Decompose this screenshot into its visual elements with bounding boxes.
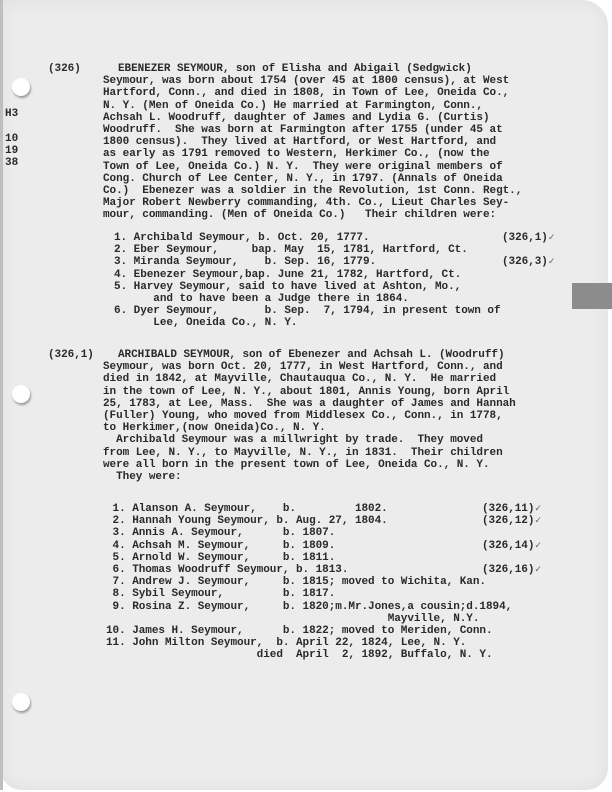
text-line: to Herkimer,(now Oneida)Co., N. Y. xyxy=(103,422,326,434)
check-mark-icon: ✓ xyxy=(548,233,556,243)
text-line: mour, commanding. (Men of Oneida Co.) Th… xyxy=(103,209,496,221)
child-entry: 10. James H. Seymour, b. 1822; moved to … xyxy=(106,625,493,637)
margin-note: 38 xyxy=(5,157,18,169)
text-line: from Lee, N. Y., to Mayville, N. Y., in … xyxy=(103,447,503,459)
text-line: ARCHIBALD SEYMOUR, son of Ebenezer and A… xyxy=(118,349,505,361)
cross-reference: (326,16)✓ xyxy=(482,564,542,576)
text-line: Major Robert Newberry commanding, 4th. C… xyxy=(103,197,509,209)
child-entry: 5. Harvey Seymour, said to have lived at… xyxy=(114,281,461,293)
child-entry: 1. Alanson A. Seymour, b. 1802. xyxy=(106,503,388,515)
text-line: Seymour, was born Oct. 20, 1777, in West… xyxy=(103,361,503,373)
text-line: They were: xyxy=(103,471,182,483)
child-entry: 9. Rosina Z. Seymour, b. 1820;m.Mr.Jones… xyxy=(106,601,512,613)
child-entry: 11. John Milton Seymour, b. April 22, 18… xyxy=(106,637,466,649)
index-tab xyxy=(572,283,612,309)
text-line: 1800 census). They lived at Hartford, or… xyxy=(103,136,496,148)
text-line: Archibald Seymour was a millwright by tr… xyxy=(103,434,483,446)
child-entry: 2. Eber Seymour, bap. May 15, 1781, Hart… xyxy=(114,244,468,256)
text-line: Co.) Ebenezer was a soldier in the Revol… xyxy=(103,185,522,197)
cross-reference: (326,3)✓ xyxy=(502,256,555,268)
child-entry: 3. Miranda Seymour, b. Sep. 16, 1779. xyxy=(114,256,376,268)
child-entry: 5. Arnold W. Seymour, b. 1811. xyxy=(106,552,335,564)
text-line: Town of Lee, Oneida Co.) N. Y. They were… xyxy=(103,161,503,173)
punch-hole xyxy=(12,385,30,403)
text-line: as early as 1791 removed to Western, Her… xyxy=(103,148,490,160)
child-entry: 2. Hannah Young Seymour, b. Aug. 27, 180… xyxy=(106,515,388,527)
document-page: H3 10 19 38 (326) EBENEZER SEYMOUR, son … xyxy=(0,0,608,790)
margin-note: 10 xyxy=(5,133,18,145)
text-line: were all born in the present town of Lee… xyxy=(103,459,490,471)
cross-reference: (326,11)✓ xyxy=(482,503,542,515)
entry-id: (326) xyxy=(48,63,81,75)
child-entry: Lee, Oneida Co., N. Y. xyxy=(114,317,297,329)
check-mark-icon: ✓ xyxy=(534,541,542,551)
text-line: Seymour, was born about 1754 (over 45 at… xyxy=(103,75,509,87)
margin-note: 19 xyxy=(5,145,18,157)
punch-hole xyxy=(12,78,30,96)
cross-reference: (326,1)✓ xyxy=(502,232,555,244)
text-line: (Fuller) Young, who moved from Middlesex… xyxy=(103,410,503,422)
margin-note: H3 xyxy=(5,108,18,120)
check-mark-icon: ✓ xyxy=(534,565,542,575)
child-entry: 3. Annis A. Seymour, b. 1807. xyxy=(106,527,335,539)
text-line: Achsah L. Woodruff, daughter of James an… xyxy=(103,112,490,124)
text-line: Woodruff. She was born at Farmington aft… xyxy=(103,124,503,136)
check-mark-icon: ✓ xyxy=(548,257,556,267)
cross-reference: (326,12)✓ xyxy=(482,515,542,527)
text-line: N. Y. (Men of Oneida Co.) He married at … xyxy=(103,100,483,112)
text-line: 25, 1783, at Lee, Mass. She was a daught… xyxy=(103,398,516,410)
child-entry: 8. Sybil Seymour, b. 1817. xyxy=(106,588,335,600)
check-mark-icon: ✓ xyxy=(534,504,542,514)
child-entry: and to have been a Judge there in 1864. xyxy=(114,293,409,305)
child-entry: died April 2, 1892, Buffalo, N. Y. xyxy=(106,649,493,661)
cross-reference: (326,14)✓ xyxy=(482,540,542,552)
child-entry: 6. Dyer Seymour, b. Sep. 7, 1794, in pre… xyxy=(114,305,501,317)
child-entry: Mayville, N.Y. xyxy=(106,613,479,625)
child-entry: 4. Ebenezer Seymour,bap. June 21, 1782, … xyxy=(114,269,461,281)
child-entry: 7. Andrew J. Seymour, b. 1815; moved to … xyxy=(106,576,486,588)
text-line: Cong. Church of Lee Center, N. Y., in 17… xyxy=(103,173,503,185)
text-line: EBENEZER SEYMOUR, son of Elisha and Abig… xyxy=(118,63,472,75)
child-entry: 6. Thomas Woodruff Seymour, b. 1813. xyxy=(106,564,348,576)
check-mark-icon: ✓ xyxy=(534,516,542,526)
text-line: died in 1842, at Mayville, Chautauqua Co… xyxy=(103,373,496,385)
text-line: in the town of Lee, N. Y., about 1801, A… xyxy=(103,386,509,398)
punch-hole xyxy=(12,693,30,711)
text-line: Hartford, Conn., and died in 1808, in To… xyxy=(103,87,509,99)
child-entry: 4. Achsah M. Seymour, b. 1809. xyxy=(106,540,335,552)
entry-id: (326,1) xyxy=(48,349,94,361)
child-entry: 1. Archibald Seymour, b. Oct. 20, 1777. xyxy=(114,232,370,244)
